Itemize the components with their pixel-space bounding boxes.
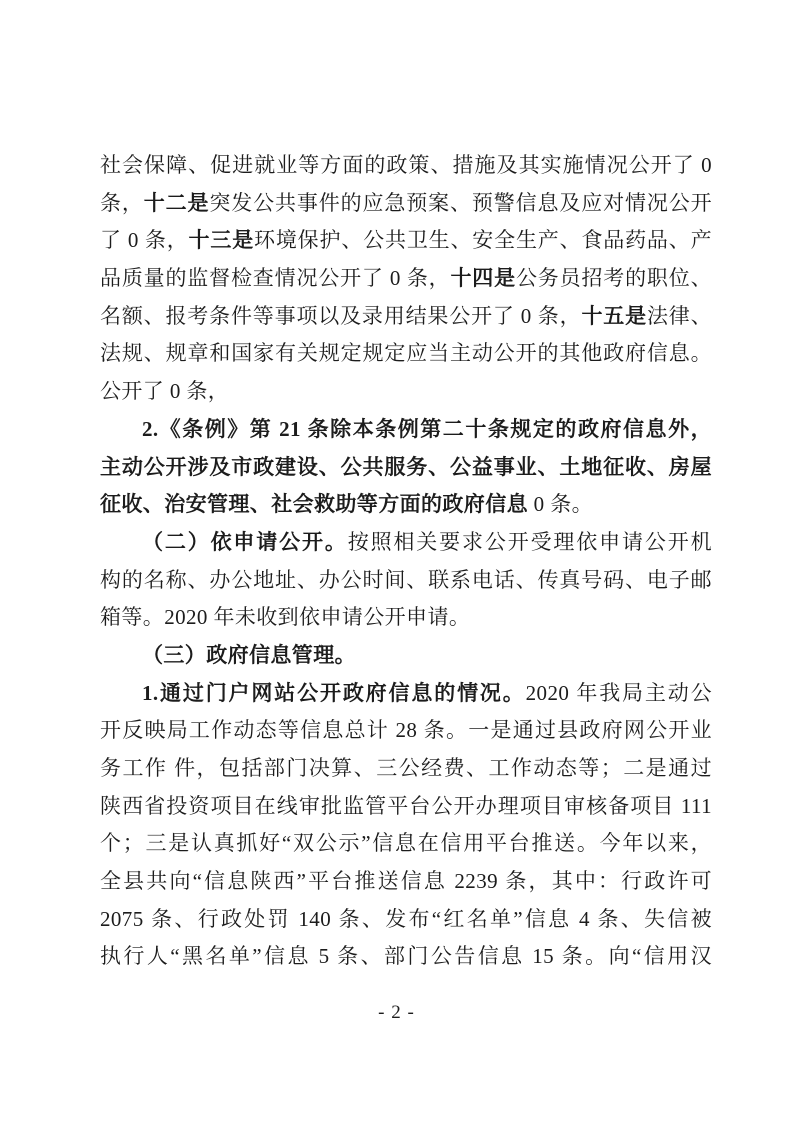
text-line-20: 全县共向“信息陕西”平台推送信息 2239 条，其中：行政许可 [100,863,712,901]
text-segment: 十四是 [450,266,515,290]
text-segment: （三）政府信息管理。 [142,643,356,667]
text-segment: 环境保护、公共卫生、安全生产、食品药品、产 [254,228,712,252]
text-line-6: 法规、规章和国家有关规定规定应当主动公开的其他政府信息。 [100,335,712,373]
text-segment: 按照相关要求公开受理依申请公开机 [348,530,712,554]
text-line-14: （三）政府信息管理。 [100,637,712,675]
text-segment: 名额、报考条件等事项以及录用结果公开了 0 条， [100,304,581,328]
text-segment: 2.《条例》第 21 条除本条例第二十条规定的政府信息外， [142,417,712,441]
text-segment: 0 条。 [528,492,593,516]
text-segment: （二）依申请公开。 [142,530,348,554]
text-segment: 十三是 [189,228,254,252]
text-segment: 条， [100,191,144,215]
text-segment: 主动公开涉及市政建设、公共服务、公益事业、土地征收、房屋 [100,455,712,479]
text-line-8: 2.《条例》第 21 条除本条例第二十条规定的政府信息外， [100,411,712,449]
text-segment: 公开了 0 条， [100,379,229,403]
text-segment: 突发公共事件的应急预案、预警信息及应对情况公开 [209,191,712,215]
text-line-4: 品质量的监督检查情况公开了 0 条，十四是公务员招考的职位、 [100,260,712,298]
text-segment: 法规、规章和国家有关规定规定应当主动公开的其他政府信息。 [100,341,712,365]
text-segment: 法律、 [647,304,712,328]
text-segment: 公务员招考的职位、 [516,266,712,290]
text-line-3: 了 0 条，十三是环境保护、公共卫生、安全生产、食品药品、产 [100,222,712,260]
text-line-18: 陕西省投资项目在线审批监管平台公开办理项目审核备项目 111 [100,788,712,826]
text-segment: 2020 年我局主动公 [526,681,712,705]
text-segment: 2075 条、行政处罚 140 条、发布“红名单”信息 4 条、失信被 [100,907,712,931]
text-segment: 个；三是认真抓好“双公示”信息在信用平台推送。今年以来， [100,831,712,855]
text-segment: 十五是 [581,304,646,328]
text-segment: 品质量的监督检查情况公开了 0 条， [100,266,450,290]
text-segment: 十二是 [144,191,210,215]
text-segment: 征收、治安管理、社会救助等方面的政府信息 [100,492,528,516]
page-number: - 2 - [0,1001,793,1025]
text-segment: 箱等。2020 年未收到依申请公开申请。 [100,605,470,629]
text-line-19: 个；三是认真抓好“双公示”信息在信用平台推送。今年以来， [100,825,712,863]
document-body: 社会保障、促进就业等方面的政策、措施及其实施情况公开了 0条，十二是突发公共事件… [100,147,712,976]
text-segment: 1.通过门户网站公开政府信息的情况。 [142,681,526,705]
text-line-9: 主动公开涉及市政建设、公共服务、公益事业、土地征收、房屋 [100,449,712,487]
text-line-17: 务工作 件，包括部门决算、三公经费、工作动态等；二是通过 [100,750,712,788]
text-segment: 社会保障、促进就业等方面的政策、措施及其实施情况公开了 0 [100,153,712,177]
text-line-7: 公开了 0 条， [100,373,712,411]
text-segment: 执行人“黑名单”信息 5 条、部门公告信息 15 条。向“信用汉 [100,944,712,968]
text-line-15: 1.通过门户网站公开政府信息的情况。2020 年我局主动公 [100,675,712,713]
text-segment: 务工作 件，包括部门决算、三公经费、工作动态等；二是通过 [100,756,712,780]
text-line-2: 条，十二是突发公共事件的应急预案、预警信息及应对情况公开 [100,185,712,223]
document-page: 社会保障、促进就业等方面的政策、措施及其实施情况公开了 0条，十二是突发公共事件… [0,0,793,1122]
text-line-11: （二）依申请公开。按照相关要求公开受理依申请公开机 [100,524,712,562]
text-segment: 了 0 条， [100,228,189,252]
text-line-13: 箱等。2020 年未收到依申请公开申请。 [100,599,712,637]
text-line-5: 名额、报考条件等事项以及录用结果公开了 0 条，十五是法律、 [100,298,712,336]
text-segment: 陕西省投资项目在线审批监管平台公开办理项目审核备项目 111 [100,794,712,818]
text-line-16: 开反映局工作动态等信息总计 28 条。一是通过县政府网公开业 [100,712,712,750]
text-line-10: 征收、治安管理、社会救助等方面的政府信息 0 条。 [100,486,712,524]
text-segment: 全县共向“信息陕西”平台推送信息 2239 条，其中：行政许可 [100,869,712,893]
text-line-22: 执行人“黑名单”信息 5 条、部门公告信息 15 条。向“信用汉 [100,938,712,976]
text-segment: 构的名称、办公地址、办公时间、联系电话、传真号码、电子邮 [100,568,712,592]
text-line-1: 社会保障、促进就业等方面的政策、措施及其实施情况公开了 0 [100,147,712,185]
text-line-12: 构的名称、办公地址、办公时间、联系电话、传真号码、电子邮 [100,562,712,600]
text-segment: 开反映局工作动态等信息总计 28 条。一是通过县政府网公开业 [100,718,712,742]
text-line-21: 2075 条、行政处罚 140 条、发布“红名单”信息 4 条、失信被 [100,901,712,939]
